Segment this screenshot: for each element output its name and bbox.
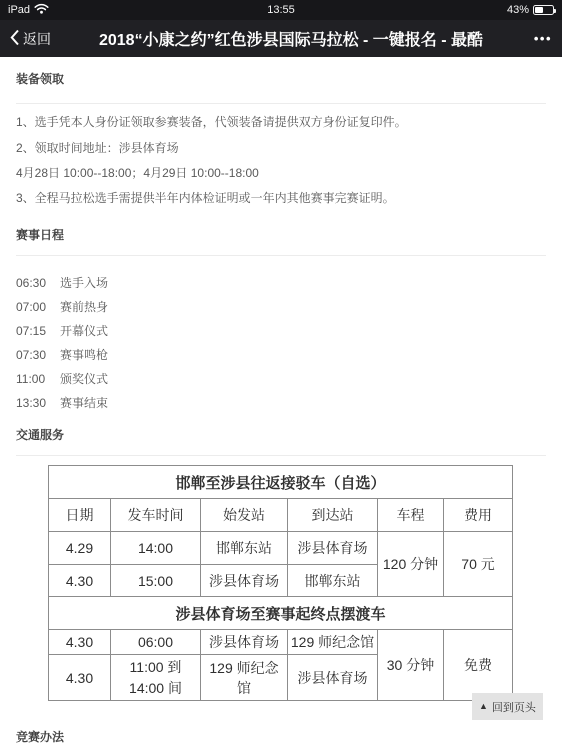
cell-date: 4.30 [49,655,111,701]
status-left: iPad [8,3,49,17]
section-title-equipment: 装备领取 [16,72,546,86]
shuttle-table: 邯郸至涉县往返接驳车（自选） 日期 发车时间 始发站 到达站 车程 费用 4.2… [48,465,513,701]
schedule-time: 07:15 [16,324,48,338]
back-label: 返回 [23,29,51,49]
schedule-item: 06:30 选手入场 [16,276,546,290]
schedule-time: 07:30 [16,348,48,362]
back-to-top-button[interactable]: ▲ 回到页头 [472,693,543,720]
table-row: 4.29 14:00 邯郸东站 涉县体育场 120 分钟 70 元 [49,532,513,565]
back-chevron-icon [10,29,20,49]
more-icon: ••• [534,31,552,46]
battery-fill [535,7,543,13]
cell-to: 涉县体育场 [288,532,378,565]
back-to-top-label: 回到页头 [492,699,536,715]
schedule-time: 07:00 [16,300,48,314]
schedule-item: 13:30 赛事结束 [16,396,546,410]
battery-tip [554,9,556,13]
equipment-paragraph: 1、选手凭本人身份证领取参赛装备，代领装备请提供双方身份证复印件。 [16,115,546,129]
schedule-item: 07:15 开幕仪式 [16,324,546,338]
cell-to: 邯郸东站 [288,565,378,597]
cell-date: 4.29 [49,532,111,565]
page-title: 2018“小康之约”红色涉县国际马拉松 - 一键报名 - 最酷 [72,27,510,50]
col-header-depart: 发车时间 [111,499,201,532]
schedule-item: 07:30 赛事鸣枪 [16,348,546,362]
schedule-time: 06:30 [16,276,48,290]
schedule-list: 06:30 选手入场 07:00 赛前热身 07:15 开幕仪式 07:30 赛… [16,276,546,410]
cell-to: 129 师纪念馆 [288,630,378,655]
cell-from: 邯郸东站 [201,532,288,565]
more-button[interactable]: ••• [534,31,552,46]
back-button[interactable]: 返回 [10,29,51,49]
section-title-transport: 交通服务 [16,428,546,442]
clock: 13:55 [0,4,562,16]
cell-duration: 30 分钟 [378,630,444,701]
cell-date: 4.30 [49,630,111,655]
status-right: 43% [507,4,554,16]
nav-bar: 返回 2018“小康之约”红色涉县国际马拉松 - 一键报名 - 最酷 ••• [0,20,562,57]
section-title-schedule: 赛事日程 [16,228,546,242]
col-header-from: 始发站 [201,499,288,532]
divider [16,455,546,456]
cell-depart: 11:00 到 14:00 间 [111,655,201,701]
equipment-paragraph: 3、全程马拉松选手需提供半年内体检证明或一年内其他赛事完赛证明。 [16,191,546,205]
divider [16,103,546,104]
up-arrow-icon: ▲ [479,702,488,711]
cell-depart: 14:00 [111,532,201,565]
status-bar: iPad 13:55 43% [0,0,562,20]
schedule-event: 选手入场 [60,276,108,290]
schedule-event: 开幕仪式 [60,324,108,338]
table-row: 4.30 06:00 涉县体育场 129 师纪念馆 30 分钟 免费 [49,630,513,655]
cell-from: 129 师纪念馆 [201,655,288,701]
cell-depart: 15:00 [111,565,201,597]
cell-date: 4.30 [49,565,111,597]
table-row: 涉县体育场至赛事起终点摆渡车 [49,597,513,630]
col-header-date: 日期 [49,499,111,532]
cell-to: 涉县体育场 [288,655,378,701]
table-group1-title: 邯郸至涉县往返接驳车（自选） [49,466,513,499]
table-group2-title: 涉县体育场至赛事起终点摆渡车 [49,597,513,630]
wifi-icon [34,3,49,17]
schedule-event: 赛事结束 [60,396,108,410]
page-content: 装备领取 1、选手凭本人身份证领取参赛装备，代领装备请提供双方身份证复印件。 2… [0,72,562,744]
section-title-rules: 竞赛办法 [16,730,546,744]
cell-fee: 70 元 [444,532,513,597]
schedule-event: 赛前热身 [60,300,108,314]
cell-depart: 06:00 [111,630,201,655]
table-header-row: 日期 发车时间 始发站 到达站 车程 费用 [49,499,513,532]
equipment-paragraph: 2、领取时间地址：涉县体育场 [16,141,546,155]
schedule-time: 11:00 [16,372,48,386]
schedule-time: 13:30 [16,396,48,410]
divider [16,255,546,256]
cell-duration: 120 分钟 [378,532,444,597]
col-header-duration: 车程 [378,499,444,532]
cell-fee: 免费 [444,630,513,701]
col-header-to: 到达站 [288,499,378,532]
schedule-event: 赛事鸣枪 [60,348,108,362]
battery-icon [533,5,554,15]
table-row: 邯郸至涉县往返接驳车（自选） [49,466,513,499]
schedule-item: 11:00 颁奖仪式 [16,372,546,386]
schedule-event: 颁奖仪式 [60,372,108,386]
cell-from: 涉县体育场 [201,565,288,597]
equipment-paragraph: 4月28日 10:00--18:00；4月29日 10:00--18:00 [16,166,546,180]
screen: iPad 13:55 43% [0,0,562,750]
schedule-item: 07:00 赛前热身 [16,300,546,314]
col-header-fee: 费用 [444,499,513,532]
battery-percent: 43% [507,4,529,16]
device-label: iPad [8,4,30,16]
cell-from: 涉县体育场 [201,630,288,655]
